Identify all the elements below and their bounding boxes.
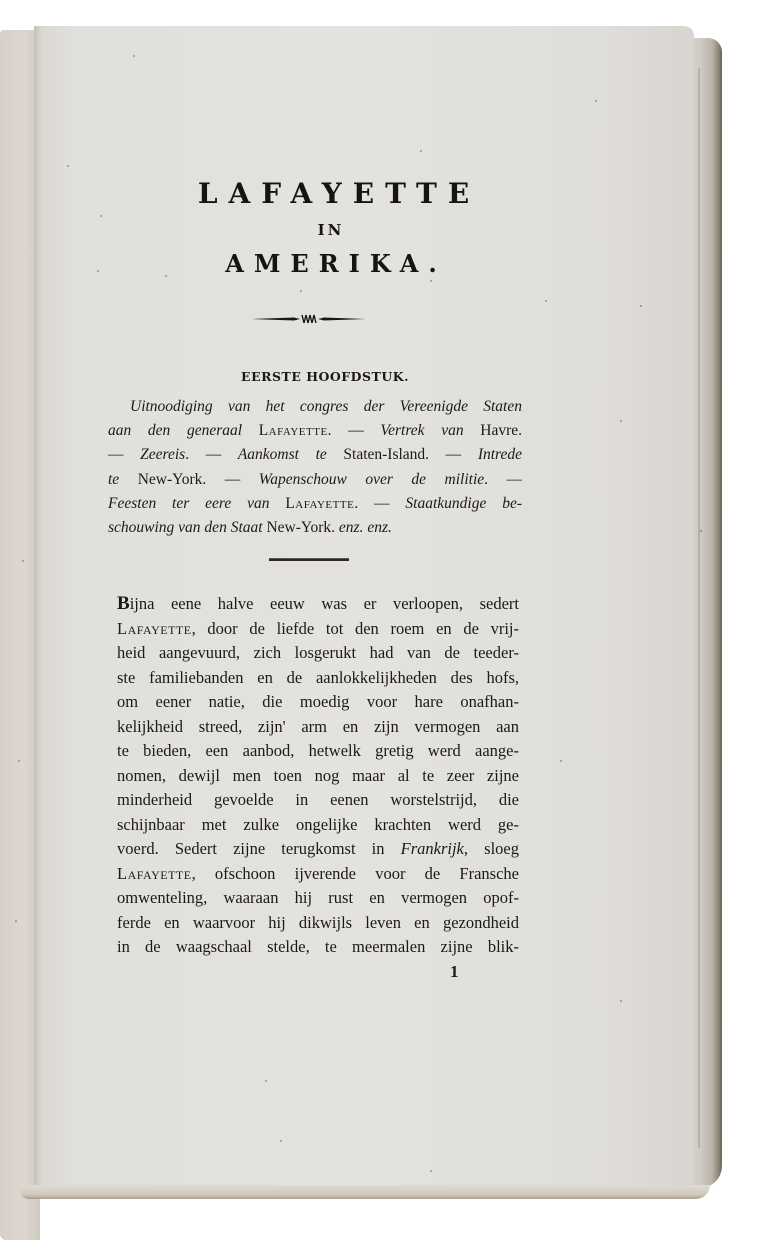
- title-lafayette: LAFAYETTE: [0, 177, 620, 210]
- paper-speck: [595, 100, 597, 102]
- text-segment: ijna eene halve eeuw was er verloopen, s…: [130, 594, 519, 613]
- text-line: ste familiebanden en de aanlokkelijkhede…: [117, 666, 519, 691]
- title-amerika: AMERIKA.: [0, 249, 620, 278]
- text-line: Lafayette, ofschoon ijverende voor de Fr…: [117, 862, 519, 887]
- page-content: LAFAYETTE IN AMERIKA. EERSTE HOOFDSTUK. …: [0, 0, 769, 1260]
- text-segment: B: [117, 593, 130, 614]
- paper-speck: [22, 560, 24, 562]
- paper-speck: [15, 920, 17, 922]
- text-segment: Vertrek van: [380, 422, 480, 439]
- text-line: ferde en waarvoor hij dikwijls leven en …: [117, 911, 519, 936]
- text-segment: aan den generaal: [108, 422, 259, 439]
- text-segment: Frankrijk: [401, 839, 464, 858]
- paper-speck: [300, 290, 302, 292]
- text-segment: Lafayette: [285, 495, 354, 512]
- text-line: kelijkheid streed, zijn' arm en zijn ver…: [117, 715, 519, 740]
- text-line: Bijna eene halve eeuw was er verloopen, …: [117, 592, 519, 617]
- text-segment: . —: [185, 446, 238, 463]
- text-segment: Lafayette: [117, 619, 192, 638]
- text-segment: . —: [484, 471, 522, 488]
- paper-speck: [100, 215, 102, 217]
- text-segment: New-York.: [266, 519, 338, 536]
- paper-speck: [67, 165, 69, 167]
- text-segment: , ofschoon ijverende voor de Fransche: [192, 864, 519, 883]
- text-segment: kelijkheid streed, zijn' arm en zijn ver…: [117, 717, 519, 736]
- text-segment: voerd. Sedert zijne terugkomst in: [117, 839, 401, 858]
- paper-speck: [700, 530, 702, 532]
- text-segment: te: [108, 471, 138, 488]
- text-segment: . —: [354, 495, 405, 512]
- text-segment: minderheid gevoelde in eenen worstelstri…: [117, 790, 519, 809]
- text-segment: Uitnoodiging van het congres der Vereeni…: [130, 398, 522, 415]
- paper-speck: [420, 150, 422, 152]
- book-photo: LAFAYETTE IN AMERIKA. EERSTE HOOFDSTUK. …: [0, 0, 769, 1260]
- text-line: aan den generaal Lafayette. — Vertrek va…: [108, 419, 522, 443]
- paper-speck: [18, 760, 20, 762]
- text-line: minderheid gevoelde in eenen worstelstri…: [117, 788, 519, 813]
- paper-speck: [280, 1140, 282, 1142]
- paper-speck: [545, 300, 547, 302]
- text-line: schouwing van den Staat New-York. enz. e…: [108, 516, 522, 540]
- text-segment: Wapenschouw over de militie: [259, 471, 484, 488]
- paper-speck: [430, 280, 432, 282]
- text-segment: Intrede: [478, 446, 522, 463]
- text-segment: Lafayette: [259, 422, 328, 439]
- text-line: om eener natie, die moedig voor hare ona…: [117, 690, 519, 715]
- text-segment: schijnbaar met zulke ongelijke krachten …: [117, 815, 519, 834]
- paper-speck: [560, 760, 562, 762]
- paper-speck: [430, 1170, 432, 1172]
- text-segment: heid aangevuurd, zich losgerukt had van …: [117, 643, 519, 662]
- text-segment: te bieden, een aanbod, hetwelk gretig we…: [117, 741, 519, 760]
- text-segment: omwenteling, waaraan hij rust en vermoge…: [117, 888, 519, 907]
- text-segment: New-York. —: [138, 471, 259, 488]
- text-segment: in de waagschaal stelde, te meermalen zi…: [117, 937, 519, 956]
- text-line: — Zeereis. — Aankomst te Staten-Island. …: [108, 443, 522, 467]
- text-segment: ste familiebanden en de aanlokkelijkhede…: [117, 668, 519, 687]
- chapter-summary: Uitnoodiging van het congres der Vereeni…: [108, 395, 522, 540]
- paper-speck: [620, 420, 622, 422]
- text-segment: Lafayette: [117, 864, 192, 883]
- chapter-heading: EERSTE HOOFDSTUK.: [100, 369, 540, 384]
- text-line: nomen, dewijl men toen nog maar al te ze…: [117, 764, 519, 789]
- text-line: Feesten ter eere van Lafayette. — Staatk…: [108, 492, 522, 516]
- text-segment: ferde en waarvoor hij dikwijls leven en …: [117, 913, 519, 932]
- text-line: te New-York. — Wapenschouw over de milit…: [108, 468, 522, 492]
- text-segment: . —: [328, 422, 381, 439]
- text-segment: , door de liefde tot den roem en de vrij…: [192, 619, 519, 638]
- paper-speck: [620, 1000, 622, 1002]
- paper-speck: [640, 305, 642, 307]
- text-line: omwenteling, waaraan hij rust en vermoge…: [117, 886, 519, 911]
- text-segment: Staatkundige be-: [405, 495, 522, 512]
- text-segment: Havre.: [480, 422, 522, 439]
- text-line: te bieden, een aanbod, hetwelk gretig we…: [117, 739, 519, 764]
- text-line: in de waagschaal stelde, te meermalen zi…: [117, 935, 519, 960]
- text-line: heid aangevuurd, zich losgerukt had van …: [117, 641, 519, 666]
- paper-speck: [265, 1080, 267, 1082]
- text-line: schijnbaar met zulke ongelijke krachten …: [117, 813, 519, 838]
- text-segment: enz. enz.: [339, 519, 392, 536]
- paper-speck: [165, 275, 167, 277]
- title-in: IN: [0, 221, 620, 239]
- body-paragraph: Bijna eene halve eeuw was er verloopen, …: [117, 592, 519, 960]
- text-segment: Staten-Island. —: [343, 446, 477, 463]
- horizontal-rule-icon: [269, 558, 349, 561]
- paper-speck: [133, 55, 135, 57]
- text-segment: om eener natie, die moedig voor hare ona…: [117, 692, 519, 711]
- text-segment: schouwing van den Staat: [108, 519, 266, 536]
- page-number: 1: [450, 962, 459, 982]
- text-line: Lafayette, door de liefde tot den roem e…: [117, 617, 519, 642]
- paper-speck: [97, 270, 99, 272]
- text-line: Uitnoodiging van het congres der Vereeni…: [108, 395, 522, 419]
- text-segment: , sloeg: [464, 839, 519, 858]
- text-segment: —: [108, 446, 140, 463]
- fleuron-rule-icon: [250, 312, 368, 326]
- text-line: voerd. Sedert zijne terugkomst in Frankr…: [117, 837, 519, 862]
- text-segment: Zeereis: [140, 446, 185, 463]
- text-segment: Aankomst te: [238, 446, 344, 463]
- text-segment: Feesten ter eere van: [108, 495, 285, 512]
- text-segment: nomen, dewijl men toen nog maar al te ze…: [117, 766, 519, 785]
